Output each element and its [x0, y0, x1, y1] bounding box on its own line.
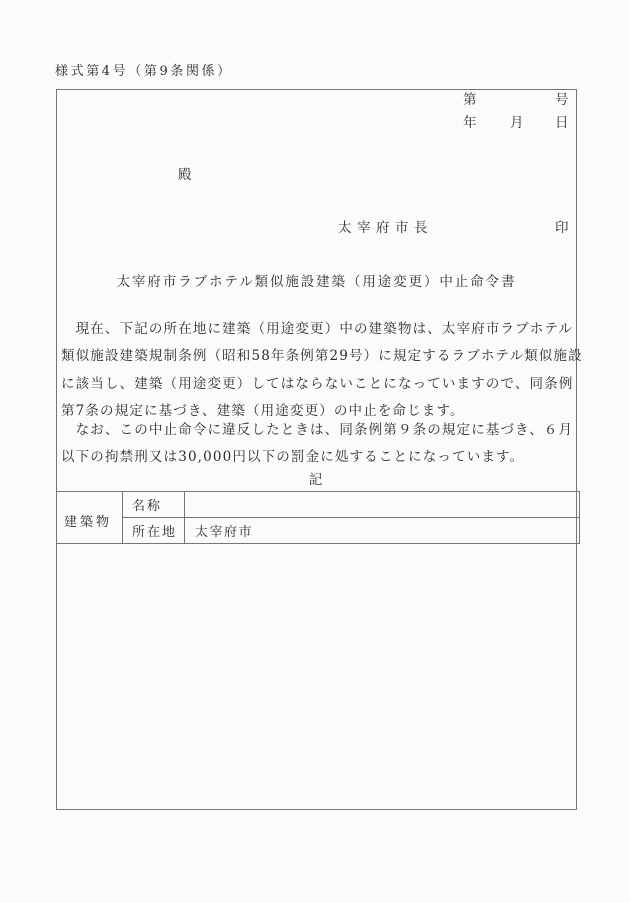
doc-number-prefix-label: 第	[463, 92, 477, 108]
date-day-label: 日	[555, 115, 569, 131]
body-line: 以下の拘禁刑又は30,000円以下の罰金に処することになっています。	[61, 444, 575, 471]
form-number-label: 様式第4号（第9条関係）	[55, 64, 233, 80]
document-frame: 第 号 年 月 日 殿 太宰府市長 印 太宰府市ラブホテル類似施設建築（用途変更…	[56, 89, 577, 810]
building-header-cell: 建築物	[57, 492, 123, 544]
table-row-address: 所在地 太宰府市	[57, 518, 580, 544]
name-value-cell	[185, 492, 580, 518]
body-line: 現在、下記の所在地に建築（用途変更）中の建築物は、太宰府市ラブホテル	[61, 316, 575, 343]
addressee-honorific: 殿	[178, 167, 192, 183]
document-page: 様式第4号（第9条関係） 第 号 年 月 日 殿 太宰府市長 印 太宰府市ラブホ…	[0, 0, 630, 903]
body-line: 類似施設建築規制条例（昭和58年条例第29号）に規定するラブホテル類似施設	[61, 343, 575, 370]
body-paragraph-1: 現在、下記の所在地に建築（用途変更）中の建築物は、太宰府市ラブホテル 類似施設建…	[61, 316, 575, 426]
body-line: に該当し、建築（用途変更）してはならないことになっていますので、同条例	[61, 371, 575, 398]
address-label-cell: 所在地	[123, 518, 185, 544]
address-value-cell: 太宰府市	[185, 518, 580, 544]
building-table: 建築物 名称 所在地 太宰府市	[56, 491, 580, 544]
seal-placeholder: 印	[555, 220, 569, 236]
body-line: なお、この中止命令に違反したときは、同条例第９条の規定に基づき、６月	[61, 417, 575, 444]
record-marker: 記	[57, 472, 576, 488]
doc-number-suffix-label: 号	[555, 92, 569, 108]
body-paragraph-2: なお、この中止命令に違反したときは、同条例第９条の規定に基づき、６月 以下の拘禁…	[61, 417, 575, 472]
name-label-cell: 名称	[123, 492, 185, 518]
issuer-name: 太宰府市長	[338, 220, 433, 236]
date-month-label: 月	[510, 115, 524, 131]
document-title: 太宰府市ラブホテル類似施設建築（用途変更）中止命令書	[57, 274, 576, 290]
date-year-label: 年	[463, 115, 477, 131]
table-row-name: 建築物 名称	[57, 492, 580, 518]
